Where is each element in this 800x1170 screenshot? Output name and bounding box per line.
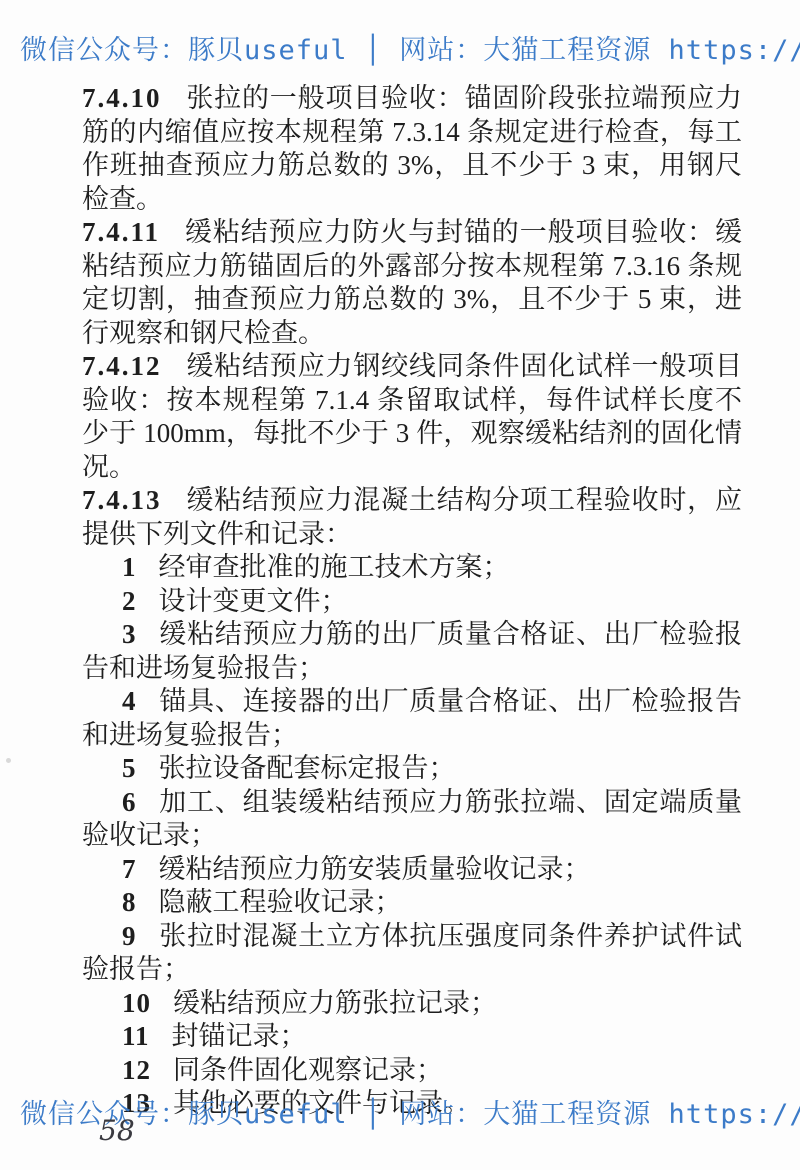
list-item: 2设计变更文件； <box>82 585 742 619</box>
list-item-number: 8 <box>122 887 137 917</box>
section-7-4-12: 7.4.12缓粘结预应力钢绞线同条件固化试样一般项目验收：按本规程第 7.1.4… <box>82 350 742 484</box>
list-item-text: 缓粘结预应力筋张拉记录； <box>173 988 497 1018</box>
list-item-text: 封锚记录； <box>172 1021 307 1051</box>
list-item-number: 2 <box>122 586 137 616</box>
section-text: 张拉的一般项目验收：锚固阶段张拉端预应力筋的内缩值应按本规程第 7.3.14 条… <box>82 83 742 214</box>
section-text: 缓粘结预应力钢绞线同条件固化试样一般项目验收：按本规程第 7.1.4 条留取试样… <box>82 351 742 482</box>
list-item: 11封锚记录； <box>82 1020 742 1054</box>
list-item-text: 加工、组装缓粘结预应力筋张拉端、固定端质量验收记录； <box>82 787 742 851</box>
list-item-number: 7 <box>122 854 137 884</box>
list-item-number: 9 <box>122 921 137 951</box>
section-number: 7.4.11 <box>82 217 160 247</box>
section-7-4-13: 7.4.13缓粘结预应力混凝土结构分项工程验收时，应提供下列文件和记录： <box>82 484 742 551</box>
list-item-number: 6 <box>122 787 137 817</box>
list-item-number: 12 <box>122 1055 151 1085</box>
section-text: 缓粘结预应力防火与封锚的一般项目验收：缓粘结预应力筋锚固后的外露部分按本规程第 … <box>82 217 742 348</box>
list-item: 3缓粘结预应力筋的出厂质量合格证、出厂检验报告和进场复验报告； <box>82 618 742 685</box>
list-item: 5张拉设备配套标定报告； <box>82 752 742 786</box>
list-item-text: 张拉设备配套标定报告； <box>159 753 456 783</box>
section-7-4-10: 7.4.10张拉的一般项目验收：锚固阶段张拉端预应力筋的内缩值应按本规程第 7.… <box>82 82 742 216</box>
list-item: 10缓粘结预应力筋张拉记录； <box>82 987 742 1021</box>
list-item-number: 3 <box>122 619 137 649</box>
section-text: 缓粘结预应力混凝土结构分项工程验收时，应提供下列文件和记录： <box>82 485 742 549</box>
section-number: 7.4.12 <box>82 351 162 381</box>
list-item: 9张拉时混凝土立方体抗压强度同条件养护试件试验报告； <box>82 920 742 987</box>
list-item-text: 张拉时混凝土立方体抗压强度同条件养护试件试验报告； <box>82 921 742 985</box>
list-item-text: 缓粘结预应力筋的出厂质量合格证、出厂检验报告和进场复验报告； <box>82 619 742 683</box>
list-item-text: 同条件固化观察记录； <box>173 1055 443 1085</box>
list-item: 7缓粘结预应力筋安装质量验收记录； <box>82 853 742 887</box>
header-watermark: 微信公众号：豚贝useful │ 网站：大猫工程资源 https://52168… <box>20 28 790 67</box>
document-page: 微信公众号：豚贝useful │ 网站：大猫工程资源 https://52168… <box>0 0 800 1170</box>
list-item: 1经审查批准的施工技术方案； <box>82 551 742 585</box>
section-number: 7.4.10 <box>82 83 162 113</box>
page-number: 58 <box>99 1114 135 1147</box>
list-item: 12同条件固化观察记录； <box>82 1054 742 1088</box>
list-item: 8隐蔽工程验收记录； <box>82 886 742 920</box>
list-item-text: 设计变更文件； <box>159 586 348 616</box>
footer-watermark: 微信公众号：豚贝useful │ 网站：大猫工程资源 https://52168… <box>20 1092 790 1131</box>
list-item-number: 10 <box>122 988 151 1018</box>
list-item-number: 4 <box>122 686 137 716</box>
list-item-text: 缓粘结预应力筋安装质量验收记录； <box>159 854 591 884</box>
list-item-text: 隐蔽工程验收记录； <box>159 887 402 917</box>
scan-speck <box>6 758 11 763</box>
document-body: 7.4.10张拉的一般项目验收：锚固阶段张拉端预应力筋的内缩值应按本规程第 7.… <box>82 82 742 1121</box>
section-7-4-11: 7.4.11缓粘结预应力防火与封锚的一般项目验收：缓粘结预应力筋锚固后的外露部分… <box>82 216 742 350</box>
list-item: 4锚具、连接器的出厂质量合格证、出厂检验报告和进场复验报告； <box>82 685 742 752</box>
list-item-number: 11 <box>122 1021 150 1051</box>
list-item-number: 5 <box>122 753 137 783</box>
list-item-text: 经审查批准的施工技术方案； <box>159 552 510 582</box>
list-item-text: 锚具、连接器的出厂质量合格证、出厂检验报告和进场复验报告； <box>82 686 742 750</box>
list-item: 6加工、组装缓粘结预应力筋张拉端、固定端质量验收记录； <box>82 786 742 853</box>
list-item-number: 1 <box>122 552 137 582</box>
section-number: 7.4.13 <box>82 485 162 515</box>
